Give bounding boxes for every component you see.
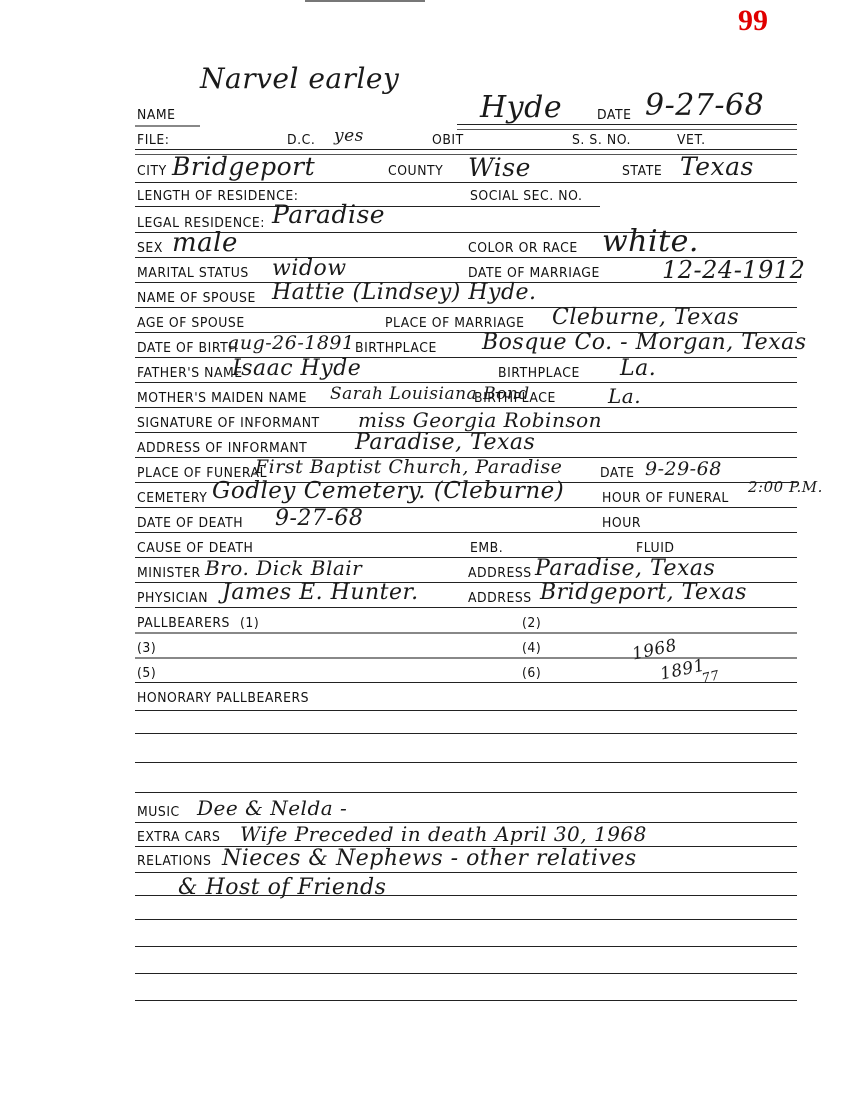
pallbearer-1-label: (1) — [240, 615, 259, 631]
dc-label: D.C. — [287, 132, 315, 148]
rule — [457, 124, 797, 130]
physician-value: James E. Hunter. — [222, 580, 419, 605]
date-of-marriage-value: 12-24-1912 — [662, 256, 805, 284]
state-label: STATE — [622, 163, 662, 179]
marital-status-value: widow — [272, 256, 347, 281]
rule — [135, 382, 797, 383]
pallbearer-6-label: (6) — [522, 665, 541, 681]
funeral-date-label: DATE — [600, 465, 635, 481]
state-value: Texas — [680, 152, 754, 181]
rule — [135, 532, 797, 533]
physician-address-value: Bridgeport, Texas — [540, 580, 747, 605]
informant-address-label: ADDRESS OF INFORMANT — [137, 440, 307, 456]
pallbearer-5-label: (5) — [137, 665, 156, 681]
music-value: Dee & Nelda - — [197, 796, 347, 820]
mother-name-label: MOTHER'S MAIDEN NAME — [137, 390, 307, 406]
county-label: COUNTY — [388, 163, 443, 179]
name-label: NAME — [137, 107, 176, 123]
rule — [135, 946, 797, 947]
father-name-label: FATHER'S NAME — [137, 365, 243, 381]
race-value: white. — [602, 224, 699, 259]
date-label: DATE — [597, 107, 632, 123]
city-value: Bridgeport — [172, 152, 315, 181]
pallbearer-2-label: (2) — [522, 615, 541, 631]
rule — [135, 632, 797, 634]
date-of-birth-label: DATE OF BIRTH — [137, 340, 238, 356]
father-name-value: Isaac Hyde — [232, 356, 361, 381]
dc-value: yes — [334, 126, 364, 146]
spouse-age-label: AGE OF SPOUSE — [137, 315, 245, 331]
physician-label: PHYSICIAN — [137, 590, 208, 606]
mother-birthplace-value: La. — [608, 384, 641, 408]
handwritten-first-name: Narvel earley — [200, 62, 399, 95]
marital-status-label: MARITAL STATUS — [137, 265, 249, 281]
informant-signature-value: miss Georgia Robinson — [358, 408, 602, 432]
pallbearer-4-label: (4) — [522, 640, 541, 656]
informant-address-value: Paradise, Texas — [355, 430, 535, 455]
rule — [135, 895, 797, 896]
minister-address-value: Paradise, Texas — [535, 556, 715, 581]
pallbearer-3-label: (3) — [137, 640, 156, 656]
side-note-year-1: 1968 — [630, 636, 678, 665]
father-birthplace-label: BIRTHPLACE — [498, 365, 580, 381]
emb-label: EMB. — [470, 540, 503, 556]
rule — [135, 607, 797, 608]
rule — [135, 507, 797, 508]
page-number: 99 — [738, 4, 768, 38]
legal-residence-value: Paradise — [272, 200, 385, 229]
relations-value: Nieces & Nephews - other relatives — [222, 846, 637, 871]
minister-label: MINISTER — [137, 565, 201, 581]
sex-label: SEX — [137, 240, 163, 256]
place-of-marriage-value: Cleburne, Texas — [552, 305, 739, 330]
date-value: 9-27-68 — [645, 88, 764, 123]
obit-label: OBIT — [432, 132, 464, 148]
date-of-birth-value: aug-26-1891 — [228, 332, 355, 354]
mother-birthplace-label: BIRTHPLACE — [474, 390, 556, 406]
birthplace-value: Bosque Co. - Morgan, Texas — [482, 330, 807, 355]
city-label: CITY — [137, 163, 167, 179]
father-birthplace-value: La. — [620, 356, 656, 381]
birthplace-label: BIRTHPLACE — [355, 340, 437, 356]
county-value: Wise — [468, 153, 531, 182]
file-label: FILE: — [137, 132, 170, 148]
fluid-label: FLUID — [636, 540, 675, 556]
top-rule — [305, 0, 425, 2]
informant-signature-label: SIGNATURE OF INFORMANT — [137, 415, 320, 431]
cemetery-label: CEMETERY — [137, 490, 207, 506]
hour-of-death-label: HOUR — [602, 515, 641, 531]
rule — [135, 710, 797, 711]
rule — [135, 919, 797, 920]
surname-value: Hyde — [480, 90, 562, 125]
rule — [135, 762, 797, 763]
extra-cars-value: Wife Preceded in death April 30, 1968 — [240, 822, 647, 846]
funeral-place-value: First Baptist Church, Paradise — [255, 456, 562, 478]
rule — [135, 682, 797, 683]
physician-address-label: ADDRESS — [468, 590, 532, 606]
funeral-hour-label: HOUR OF FUNERAL — [602, 490, 729, 506]
funeral-hour-value: 2:00 P.M. — [748, 478, 823, 496]
sex-value: male — [172, 228, 238, 258]
spouse-name-label: NAME OF SPOUSE — [137, 290, 256, 306]
ss-no-label: S. S. NO. — [572, 132, 631, 148]
extra-cars-label: EXTRA CARS — [137, 829, 221, 845]
date-of-death-value: 9-27-68 — [275, 506, 363, 531]
social-sec-label: SOCIAL SEC. NO. — [470, 188, 582, 204]
cause-of-death-label: CAUSE OF DEATH — [137, 540, 253, 556]
rule — [135, 872, 797, 873]
minister-value: Bro. Dick Blair — [205, 556, 362, 580]
date-of-marriage-label: DATE OF MARRIAGE — [468, 265, 600, 281]
rule — [135, 125, 200, 127]
rule — [135, 973, 797, 974]
vet-label: VET. — [677, 132, 706, 148]
place-of-marriage-label: PLACE OF MARRIAGE — [385, 315, 525, 331]
minister-address-label: ADDRESS — [468, 565, 532, 581]
race-label: COLOR OR RACE — [468, 240, 578, 256]
rule — [135, 1000, 797, 1001]
side-note-age: 77 — [701, 668, 721, 686]
rule — [135, 792, 797, 793]
music-label: MUSIC — [137, 804, 180, 820]
funeral-date-value: 9-29-68 — [645, 458, 722, 480]
relations-value-continued: & Host of Friends — [178, 875, 386, 900]
honorary-pallbearers-label: HONORARY PALLBEARERS — [137, 690, 309, 706]
rule — [135, 182, 797, 183]
pallbearers-label: PALLBEARERS — [137, 615, 230, 631]
date-of-death-label: DATE OF DEATH — [137, 515, 243, 531]
cemetery-value: Godley Cemetery. (Cleburne) — [212, 478, 564, 504]
spouse-name-value: Hattie (Lindsey) Hyde. — [272, 280, 537, 305]
side-note-year-2: 1891 — [658, 656, 706, 685]
rule — [135, 733, 797, 734]
relations-label: RELATIONS — [137, 853, 211, 869]
